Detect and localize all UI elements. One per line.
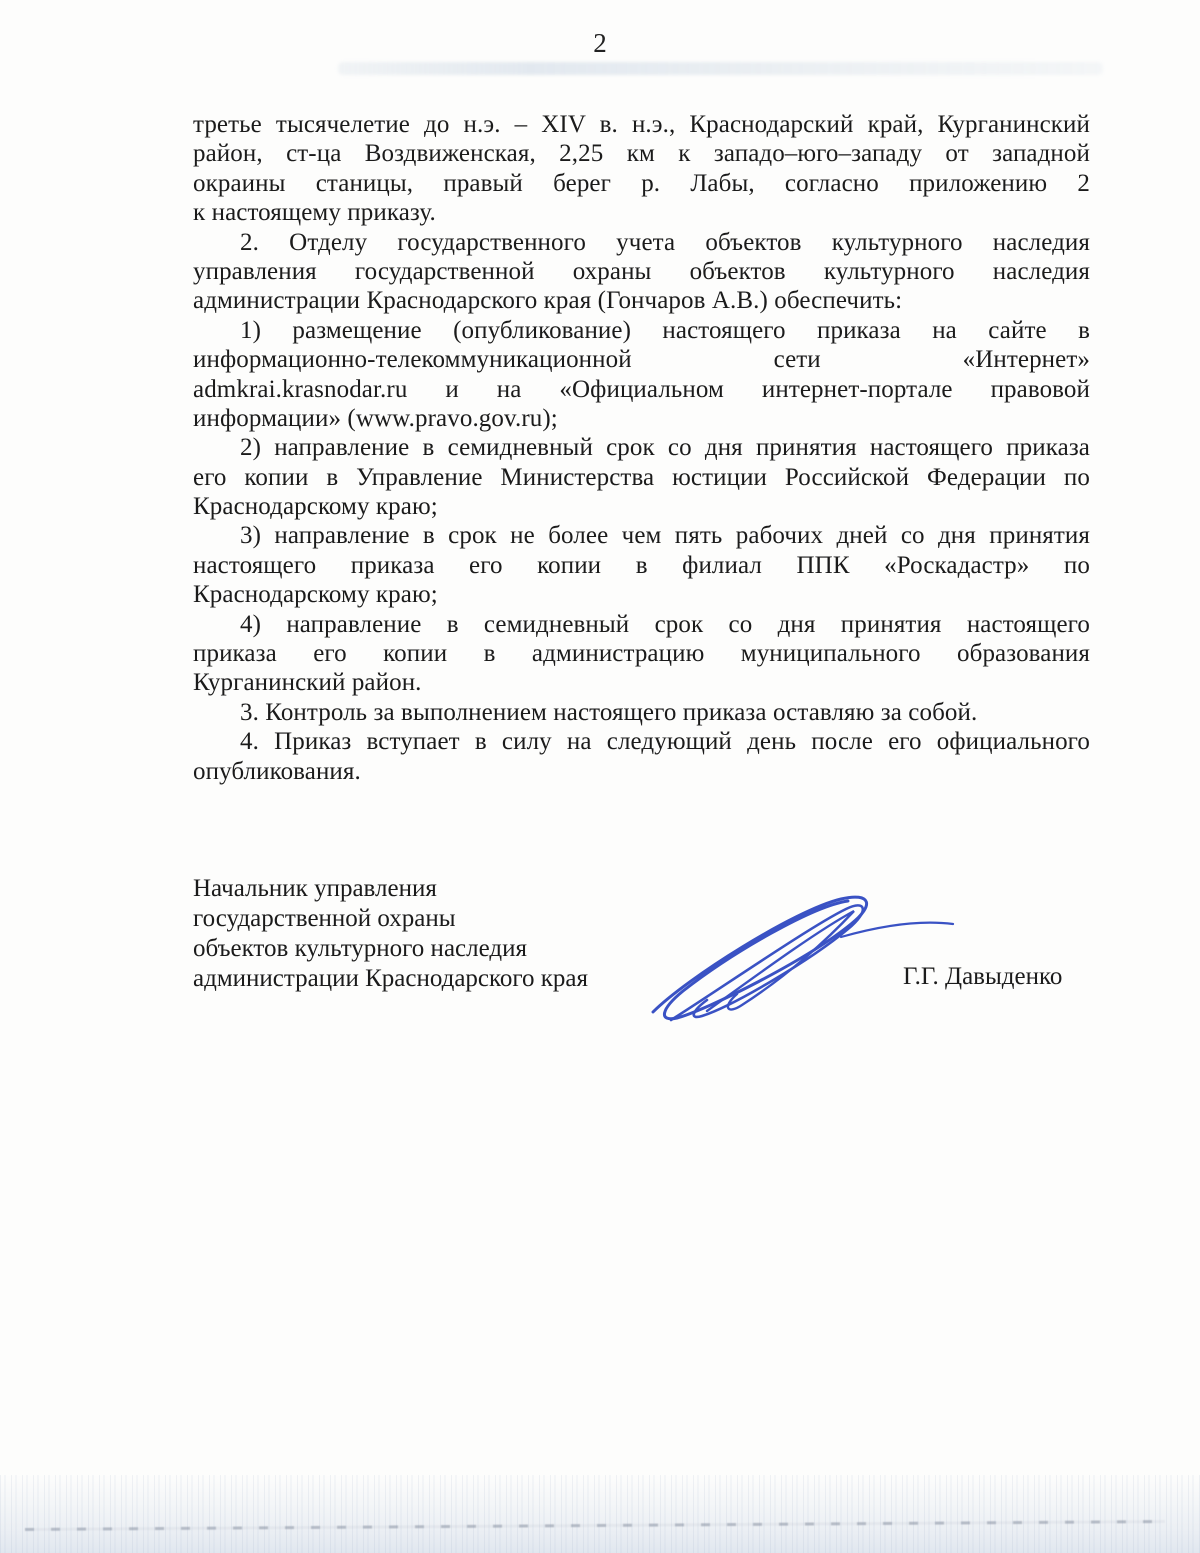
text-line: приказа его копии в администрацию муници… bbox=[193, 639, 1090, 668]
text-line: 2) направление в семидневный срок со дня… bbox=[193, 433, 1090, 462]
text-line: информации» (www.pravo.gov.ru); bbox=[193, 404, 1090, 433]
text-line: 2. Отделу государственного учета объекто… bbox=[193, 228, 1090, 257]
text-line: администрации Краснодарского края (Гонча… bbox=[193, 286, 1090, 315]
text-line: опубликования. bbox=[193, 757, 1090, 786]
text-line: третье тысячелетие до н.э. – XIV в. н.э.… bbox=[193, 110, 1090, 139]
text-line: 4) направление в семидневный срок со дня… bbox=[193, 610, 1090, 639]
signature-icon bbox=[645, 890, 965, 1030]
text-line: 4. Приказ вступает в силу на следующий д… bbox=[193, 727, 1090, 756]
document-page: 2 третье тысячелетие до н.э. – XIV в. н.… bbox=[0, 0, 1200, 1553]
text-line: его копии в Управление Министерства юсти… bbox=[193, 463, 1090, 492]
text-line: район, ст-ца Воздвиженская, 2,25 км к за… bbox=[193, 139, 1090, 168]
text-line: к настоящему приказу. bbox=[193, 198, 1090, 227]
scan-artifact-top bbox=[338, 62, 1103, 75]
text-line: информационно-телекоммуникационной сети … bbox=[193, 345, 1090, 374]
signer-name: Г.Г. Давыденко bbox=[903, 963, 1062, 991]
text-line: admkrai.krasnodar.ru и на «Официальном и… bbox=[193, 375, 1090, 404]
page-number: 2 bbox=[0, 28, 1200, 59]
text-line: окраины станицы, правый берег р. Лабы, с… bbox=[193, 169, 1090, 198]
text-line: Краснодарскому краю; bbox=[193, 580, 1090, 609]
text-line: 1) размещение (опубликование) настоящего… bbox=[193, 316, 1090, 345]
text-line: настоящего приказа его копии в филиал ПП… bbox=[193, 551, 1090, 580]
text-line: Краснодарскому краю; bbox=[193, 492, 1090, 521]
text-line: 3) направление в срок не более чем пять … bbox=[193, 521, 1090, 550]
text-line: 3. Контроль за выполнением настоящего пр… bbox=[193, 698, 1090, 727]
text-line: Курганинский район. bbox=[193, 668, 1090, 697]
scan-artifact-bottom bbox=[0, 1475, 1200, 1553]
signature-section: Начальник управления государственной охр… bbox=[193, 874, 1090, 1044]
text-line: управления государственной охраны объект… bbox=[193, 257, 1090, 286]
document-body: третье тысячелетие до н.э. – XIV в. н.э.… bbox=[193, 110, 1090, 786]
